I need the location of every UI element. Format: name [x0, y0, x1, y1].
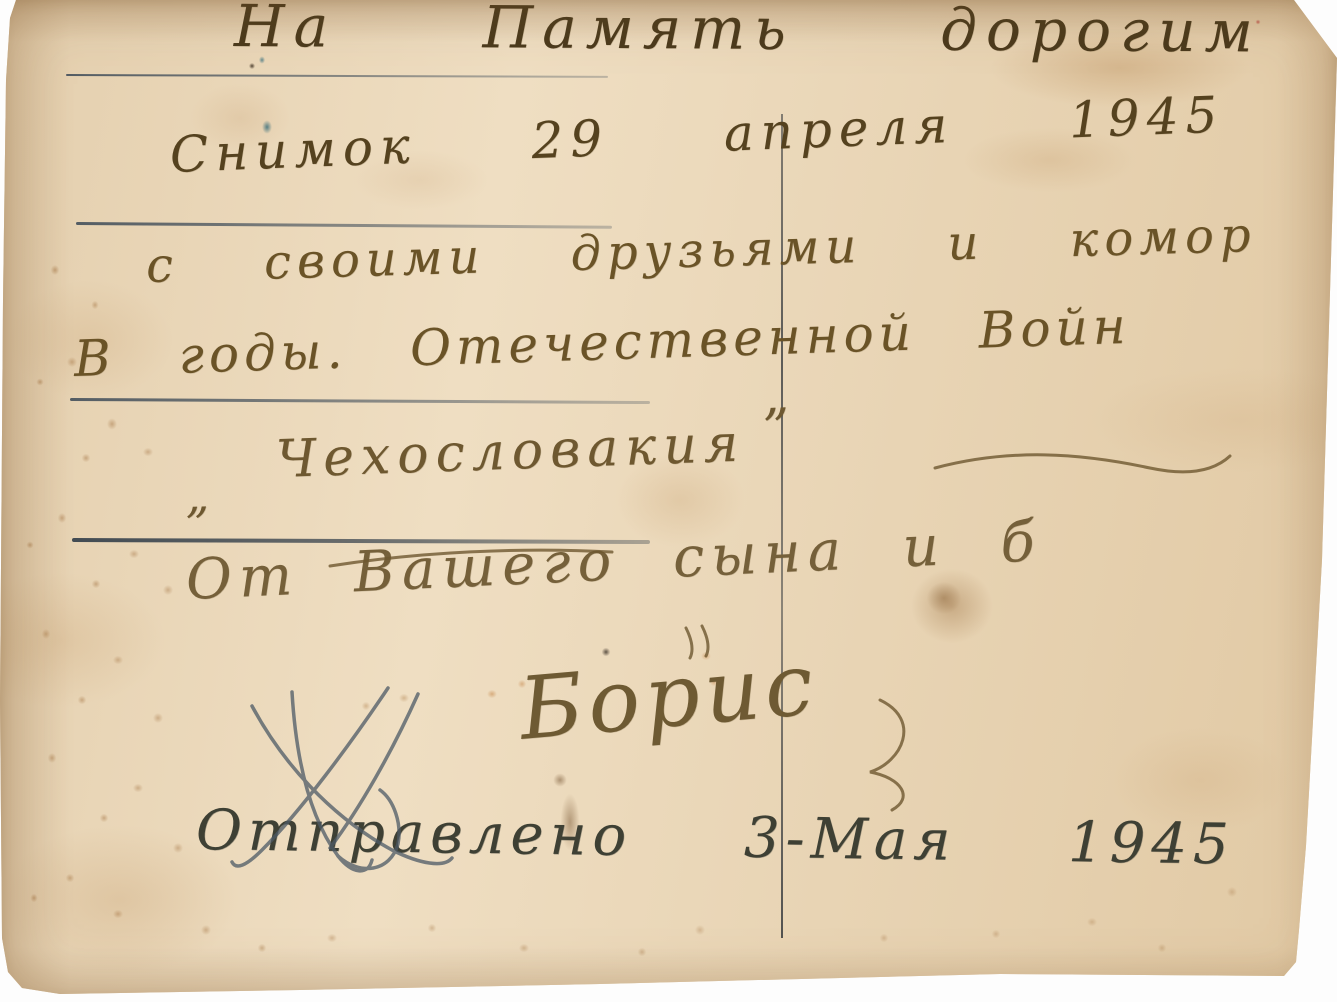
- handwritten-line-war-years: В годы. Отечественной Войн: [73, 297, 1131, 388]
- handwritten-line-dedication: На Память дорогим ро: [234, 0, 1337, 67]
- handwritten-line-photo-date: Снимок 29 апреля 1945 году: [169, 76, 1337, 184]
- place-word: Чехословакия: [275, 414, 746, 490]
- handwritten-line-place: „Чехословакия”: [275, 412, 798, 490]
- opening-quote-mark: „: [184, 468, 217, 523]
- closing-quote-mark: ”: [762, 398, 798, 459]
- handwritten-line-sent-date: Отправлено 3-Мая 1945 год: [196, 798, 1337, 881]
- signature: Борис: [516, 634, 822, 760]
- postcard-paper: На Память дорогим ро Снимок 29 апреля 19…: [0, 0, 1337, 1002]
- scan-background: На Память дорогим ро Снимок 29 апреля 19…: [0, 0, 1337, 1002]
- handwritten-line-from-son: От Вашего сына и б: [185, 509, 1044, 613]
- ruled-line-1: [66, 74, 608, 78]
- ruled-line-3: [70, 398, 650, 404]
- handwritten-line-friends: с своими друзьями и комор: [145, 207, 1257, 294]
